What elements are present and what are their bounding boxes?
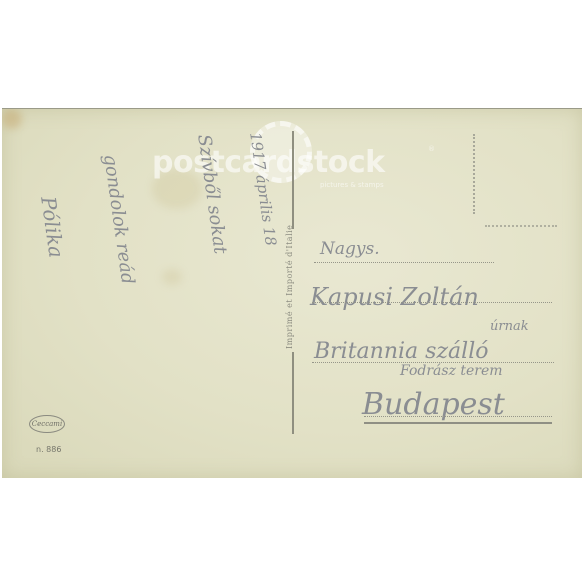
address-line <box>314 262 494 263</box>
address-line-1: Britannia szálló <box>314 339 488 364</box>
serial-number: n. 886 <box>36 445 61 454</box>
stamp-box-left-edge <box>473 134 475 214</box>
corner-wear <box>2 109 22 129</box>
signature: Pólika <box>36 195 68 259</box>
postcard-back: postcardstock pictures & stamps ® Imprim… <box>2 108 582 478</box>
divider-text: Imprimé et Importé d'Italie <box>285 225 294 349</box>
address-annotation: úrnak <box>490 319 529 334</box>
watermark-tagline: pictures & stamps <box>320 181 384 189</box>
stain <box>162 269 182 285</box>
center-divider-top <box>292 131 294 229</box>
watermark-registered: ® <box>428 145 435 153</box>
message-line-2: gondolok reád <box>99 153 138 286</box>
center-divider-bottom <box>292 352 294 434</box>
address-line-2: Fodrász terem <box>400 363 503 379</box>
address-underline <box>364 422 552 424</box>
stamp-box-bottom-edge <box>485 225 557 227</box>
publisher-logo: Ceccami <box>29 415 65 433</box>
address-title: Nagys. <box>320 239 380 259</box>
address-name: Kapusi Zoltán <box>310 283 479 311</box>
address-line <box>364 416 552 417</box>
address-line <box>312 302 552 303</box>
